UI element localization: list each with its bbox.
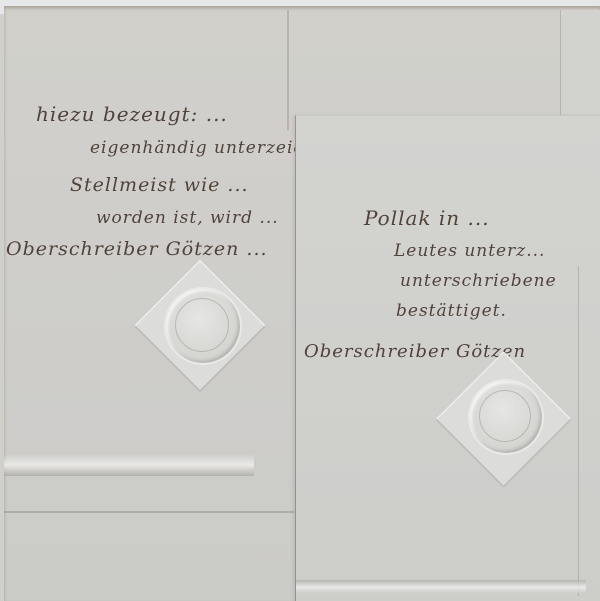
fold-crease	[4, 511, 294, 513]
seal-inner-ring	[479, 390, 531, 442]
sheet-edge	[578, 266, 579, 596]
horizontal-fold	[4, 454, 254, 476]
handwriting-line: hiezu bezeugt: ...	[36, 102, 228, 126]
seal-emblem	[164, 287, 242, 365]
handwriting-line: Leutes unterz...	[394, 241, 545, 261]
bottom-fold	[296, 580, 586, 594]
embossed-seal	[456, 371, 551, 466]
seal-inner-ring	[175, 298, 229, 352]
handwriting-line: Oberschreiber Götzen	[304, 341, 526, 362]
photo-scene: hiezu bezeugt: ... eigenhändig unterzeic…	[0, 0, 600, 601]
handwriting-line: unterschriebene	[400, 271, 557, 291]
vertical-fold	[287, 10, 289, 130]
seal-emblem	[468, 379, 544, 455]
handwriting-line: worden ist, wird ...	[96, 208, 279, 228]
embossed-seal	[154, 279, 246, 371]
handwriting-line: Pollak in ...	[364, 206, 490, 230]
handwriting-line: bestättiget.	[396, 301, 507, 321]
handwriting-line: Oberschreiber Götzen ...	[6, 238, 268, 260]
handwriting-line: Stellmeist wie ...	[70, 174, 249, 196]
front-document: Pollak in ... Leutes unterz... unterschr…	[295, 115, 600, 601]
